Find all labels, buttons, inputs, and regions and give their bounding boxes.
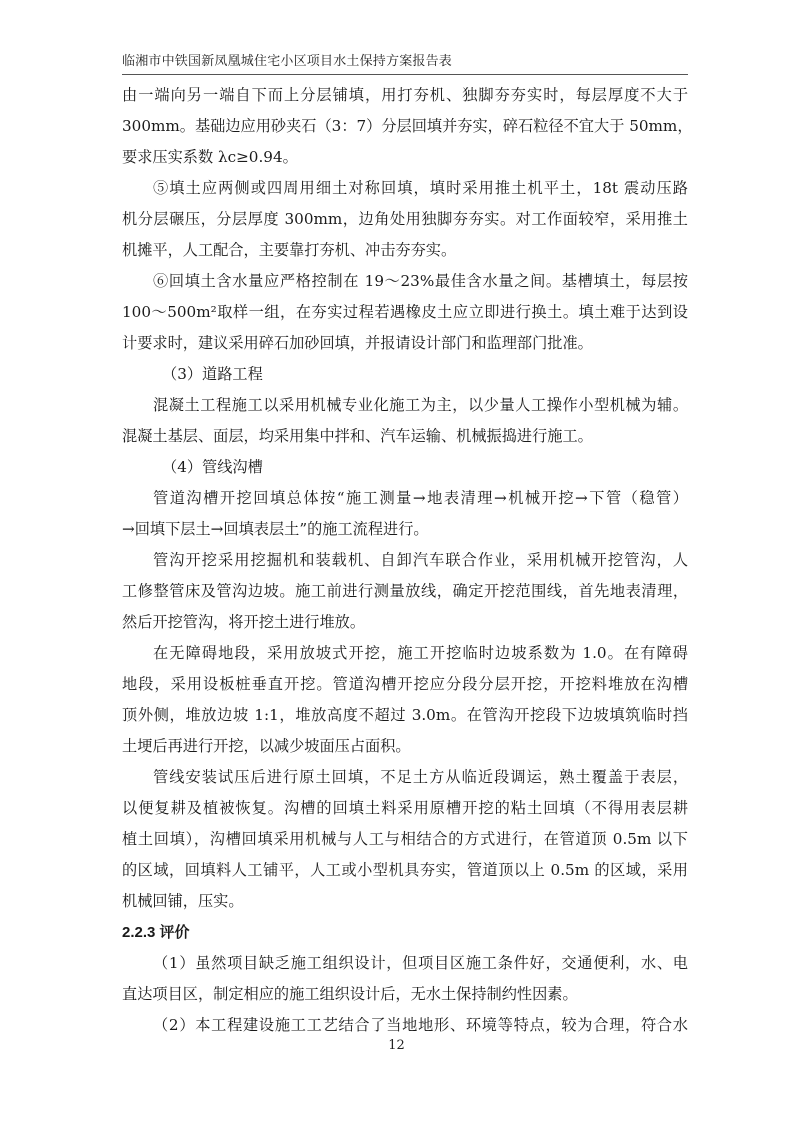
document-page: 临湘市中铁国新凤凰城住宅小区项目水土保持方案报告表 由一端向另一端自下而上分层铺…: [0, 0, 793, 1122]
text-line: 植土回填），沟槽回填采用机械与人工与相结合的方式进行，在管道顶 0.5m 以下: [122, 824, 688, 855]
section-heading-evaluation: 2.2.3 评价: [122, 917, 688, 948]
text-line: 计要求时，建议采用碎石加砂回填，并报请设计部门和监理部门批准。: [122, 328, 688, 359]
text-line: 的区域，回填料人工铺平，人工或小型机具夯实，管道顶以上 0.5m 的区域，采用: [122, 855, 688, 886]
text-line: 混凝土基层、面层，均采用集中拌和、汽车运输、机械振捣进行施工。: [122, 421, 688, 452]
text-line: 由一端向另一端自下而上分层铺填，用打夯机、独脚夯夯实时，每层厚度不大于: [122, 80, 688, 111]
text-line: 然后开挖管沟，将开挖土进行堆放。: [122, 607, 688, 638]
running-header: 临湘市中铁国新凤凰城住宅小区项目水土保持方案报告表: [122, 52, 688, 75]
text-line: 直达项目区，制定相应的施工组织设计后，无水土保持制约性因素。: [122, 979, 688, 1010]
text-line: ⑤填土应两侧或四周用细土对称回填，填时采用推土机平土，18t 震动压路: [122, 173, 688, 204]
text-line: （1）虽然项目缺乏施工组织设计，但项目区施工条件好，交通便利，水、电: [122, 948, 688, 979]
text-line: 地段，采用设板桩垂直开挖。管道沟槽开挖应分段分层开挖，开挖料堆放在沟槽: [122, 669, 688, 700]
page-number: 12: [0, 1038, 793, 1053]
subsection-title-pipeline: （4）管线沟槽: [122, 452, 688, 483]
text-line: 管线安装试压后进行原土回填，不足土方从临近段调运，熟土覆盖于表层，: [122, 762, 688, 793]
text-line: →回填下层土→回填表层土”的施工流程进行。: [122, 514, 688, 545]
text-line: 机摊平，人工配合，主要靠打夯机、冲击夯夯实。: [122, 235, 688, 266]
document-body: 由一端向另一端自下而上分层铺填，用打夯机、独脚夯夯实时，每层厚度不大于 300m…: [122, 80, 688, 1041]
text-line: 机分层碾压，分层厚度 300mm，边角处用独脚夯夯实。对工作面较窄，采用推土: [122, 204, 688, 235]
text-line: 工修整管床及管沟边坡。施工前进行测量放线，确定开挖范围线，首先地表清理，: [122, 576, 688, 607]
text-line: 以便复耕及植被恢复。沟槽的回填土料采用原槽开挖的粘土回填（不得用表层耕: [122, 793, 688, 824]
text-line: 机械回铺，压实。: [122, 886, 688, 917]
text-line: 300mm。基础边应用砂夹石（3：7）分层回填并夯实，碎石粒径不宜大于 50mm…: [122, 111, 688, 142]
subsection-title-road: （3）道路工程: [122, 359, 688, 390]
text-line: 顶外侧，堆放边坡 1:1，堆放高度不超过 3.0m。在管沟开挖段下边坡填筑临时挡: [122, 700, 688, 731]
text-line: 管道沟槽开挖回填总体按“施工测量→地表清理→机械开挖→下管（稳管）: [122, 483, 688, 514]
text-line: 要求压实系数 λc≥0.94。: [122, 142, 688, 173]
text-line: 土埂后再进行开挖，以减少坡面压占面积。: [122, 731, 688, 762]
text-line: 100～500m²取样一组，在夯实过程若遇橡皮土应立即进行换土。填土难于达到设: [122, 297, 688, 328]
text-line: （2）本工程建设施工工艺结合了当地地形、环境等特点，较为合理，符合水: [122, 1010, 688, 1041]
text-line: ⑥回填土含水量应严格控制在 19～23%最佳含水量之间。基槽填土，每层按: [122, 266, 688, 297]
text-line: 在无障碍地段，采用放坡式开挖，施工开挖临时边坡系数为 1.0。在有障碍: [122, 638, 688, 669]
text-line: 混凝土工程施工以采用机械专业化施工为主，以少量人工操作小型机械为辅。: [122, 390, 688, 421]
text-line: 管沟开挖采用挖掘机和装载机、自卸汽车联合作业，采用机械开挖管沟，人: [122, 545, 688, 576]
